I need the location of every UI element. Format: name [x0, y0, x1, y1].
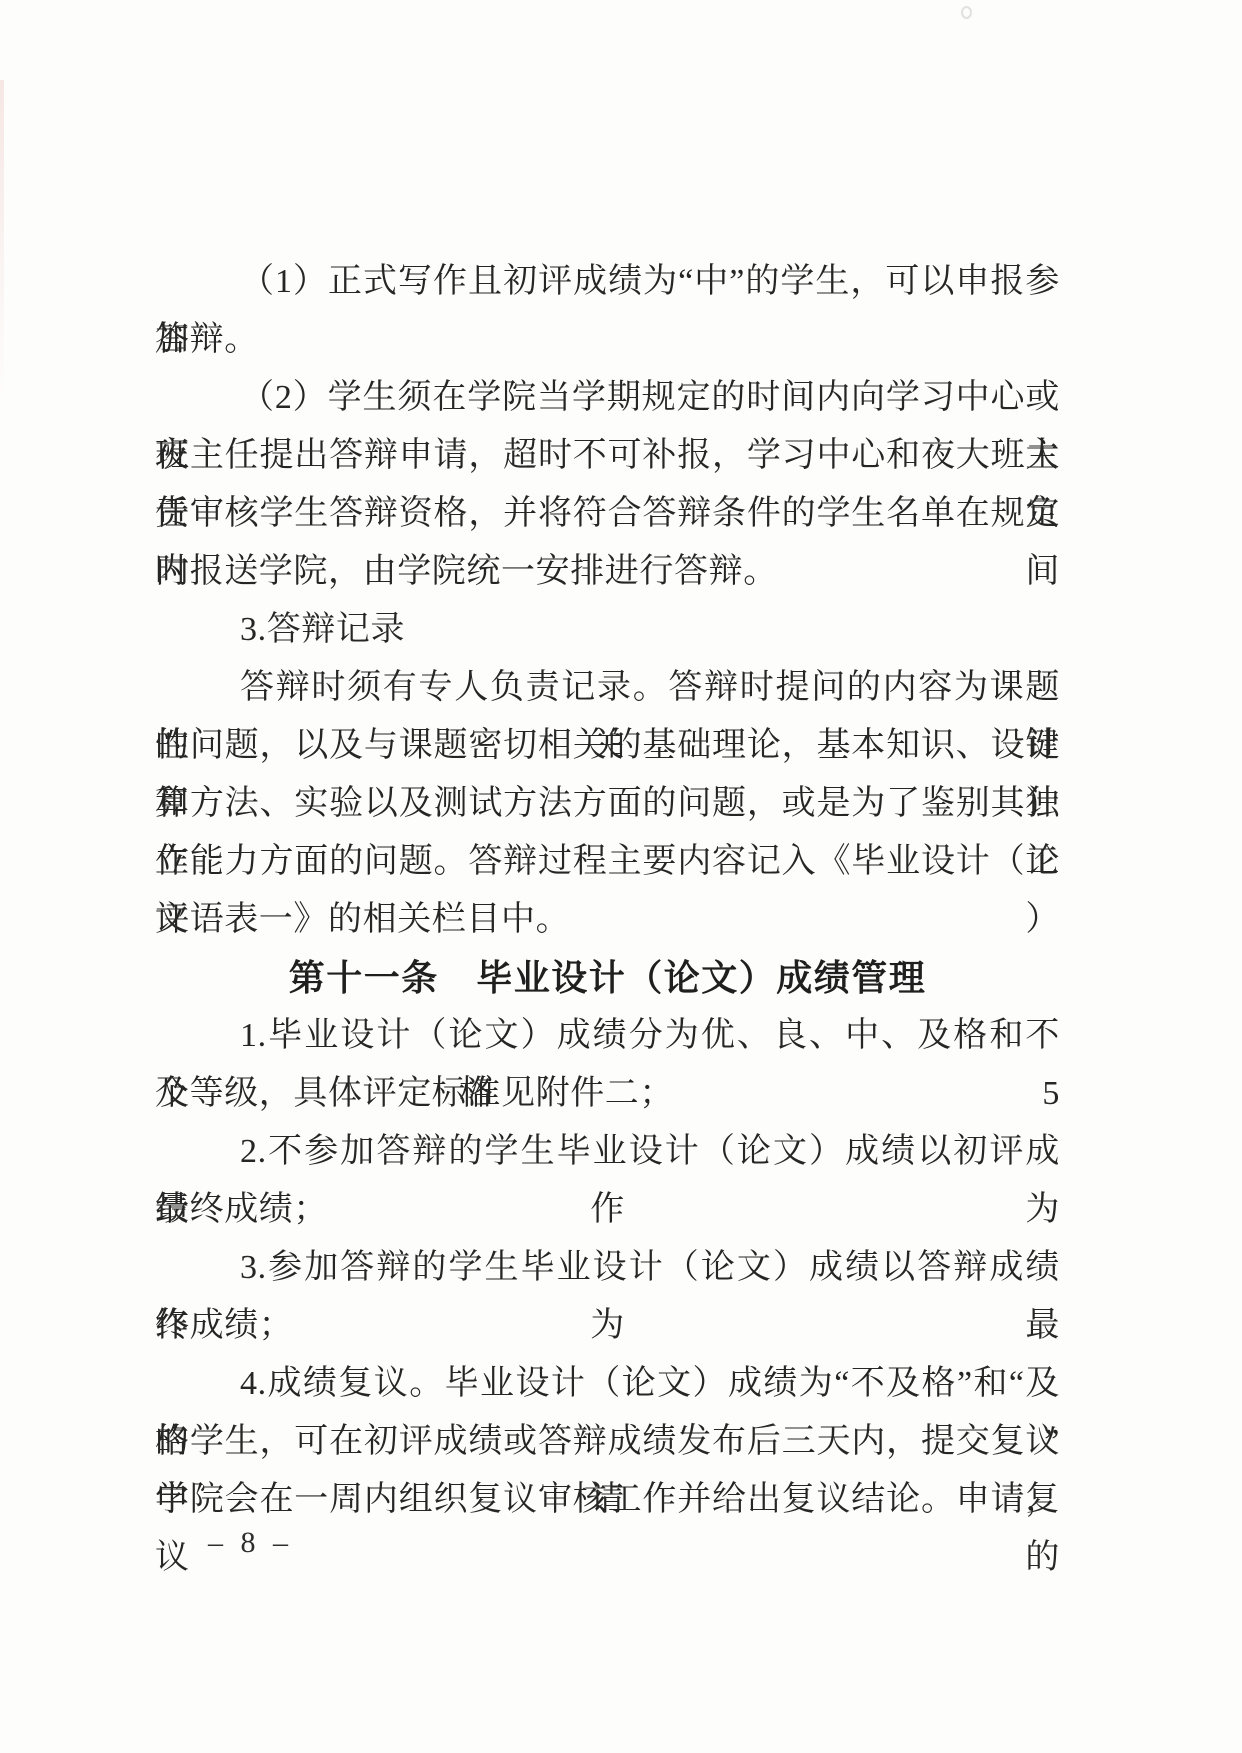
scan-speck-artifact [961, 6, 972, 19]
paragraph: 4.成绩复议。毕业设计（论文）成绩为“不及格”和“及格”的学生，可在初评成绩或答… [155, 1355, 1060, 1529]
paragraph: 3.答辩记录 [155, 601, 1060, 659]
paragraph: 答辩时须有专人负责记录。答辩时提问的内容为课题的关键性问题，以及与课题密切相关的… [155, 659, 1060, 949]
text-line: 3.参加答辩的学生毕业设计（论文）成绩以答辩成绩作为最 [155, 1239, 1060, 1297]
paragraph: 2.不参加答辩的学生毕业设计（论文）成绩以初评成绩作为最终成绩； [155, 1123, 1060, 1239]
text-line: 作能力方面的问题。答辩过程主要内容记入《毕业设计（论文） [155, 833, 1060, 891]
text-line: 责审核学生答辩资格，并将符合答辩条件的学生名单在规定时间 [155, 485, 1060, 543]
scan-edge-artifact [0, 80, 4, 400]
page-number: – 8 – [208, 1522, 293, 1564]
paragraph: （1）正式写作且初评成绩为“中”的学生，可以申报参加答辩。 [155, 253, 1060, 369]
text-line: 的学生，可在初评成绩或答辩成绩发布后三天内，提交复议申请， [155, 1413, 1060, 1471]
text-line: 4.成绩复议。毕业设计（论文）成绩为“不及格”和“及格” [155, 1355, 1060, 1413]
document-content: （1）正式写作且初评成绩为“中”的学生，可以申报参加答辩。（2）学生须在学院当学… [155, 253, 1060, 1529]
text-line: 1.毕业设计（论文）成绩分为优、良、中、及格和不及格 5 [155, 1007, 1060, 1065]
text-line: 班主任提出答辩申请，超时不可补报，学习中心和夜大班主任负 [155, 427, 1060, 485]
paragraph: 1.毕业设计（论文）成绩分为优、良、中、及格和不及格 5个等级，具体评定标准见附… [155, 1007, 1060, 1123]
text-line: 性问题，以及与课题密切相关的基础理论，基本知识、设计和计 [155, 717, 1060, 775]
text-line: 2.不参加答辩的学生毕业设计（论文）成绩以初评成绩作为 [155, 1123, 1060, 1181]
text-line: （1）正式写作且初评成绩为“中”的学生，可以申报参加 [155, 253, 1060, 311]
text-line: 答辩时须有专人负责记录。答辩时提问的内容为课题的关键 [155, 659, 1060, 717]
paragraph: （2）学生须在学院当学期规定的时间内向学习中心或夜大班主任提出答辩申请，超时不可… [155, 369, 1060, 601]
heading-line: 第十一条 毕业设计（论文）成绩管理 [155, 949, 1060, 1007]
text-line: 3.答辩记录 [155, 601, 1060, 659]
text-line: （2）学生须在学院当学期规定的时间内向学习中心或夜大 [155, 369, 1060, 427]
paragraph: 3.参加答辩的学生毕业设计（论文）成绩以答辩成绩作为最终成绩； [155, 1239, 1060, 1355]
text-line: 算方法、实验以及测试方法方面的问题，或是为了鉴别其独立工 [155, 775, 1060, 833]
text-line: 学院会在一周内组织复议审核工作并给出复议结论。申请复议的 [155, 1471, 1060, 1529]
section-heading: 第十一条 毕业设计（论文）成绩管理 [155, 949, 1060, 1007]
text-line: 答辩。 [155, 311, 1060, 369]
scanned-document-page: （1）正式写作且初评成绩为“中”的学生，可以申报参加答辩。（2）学生须在学院当学… [0, 0, 1242, 1753]
